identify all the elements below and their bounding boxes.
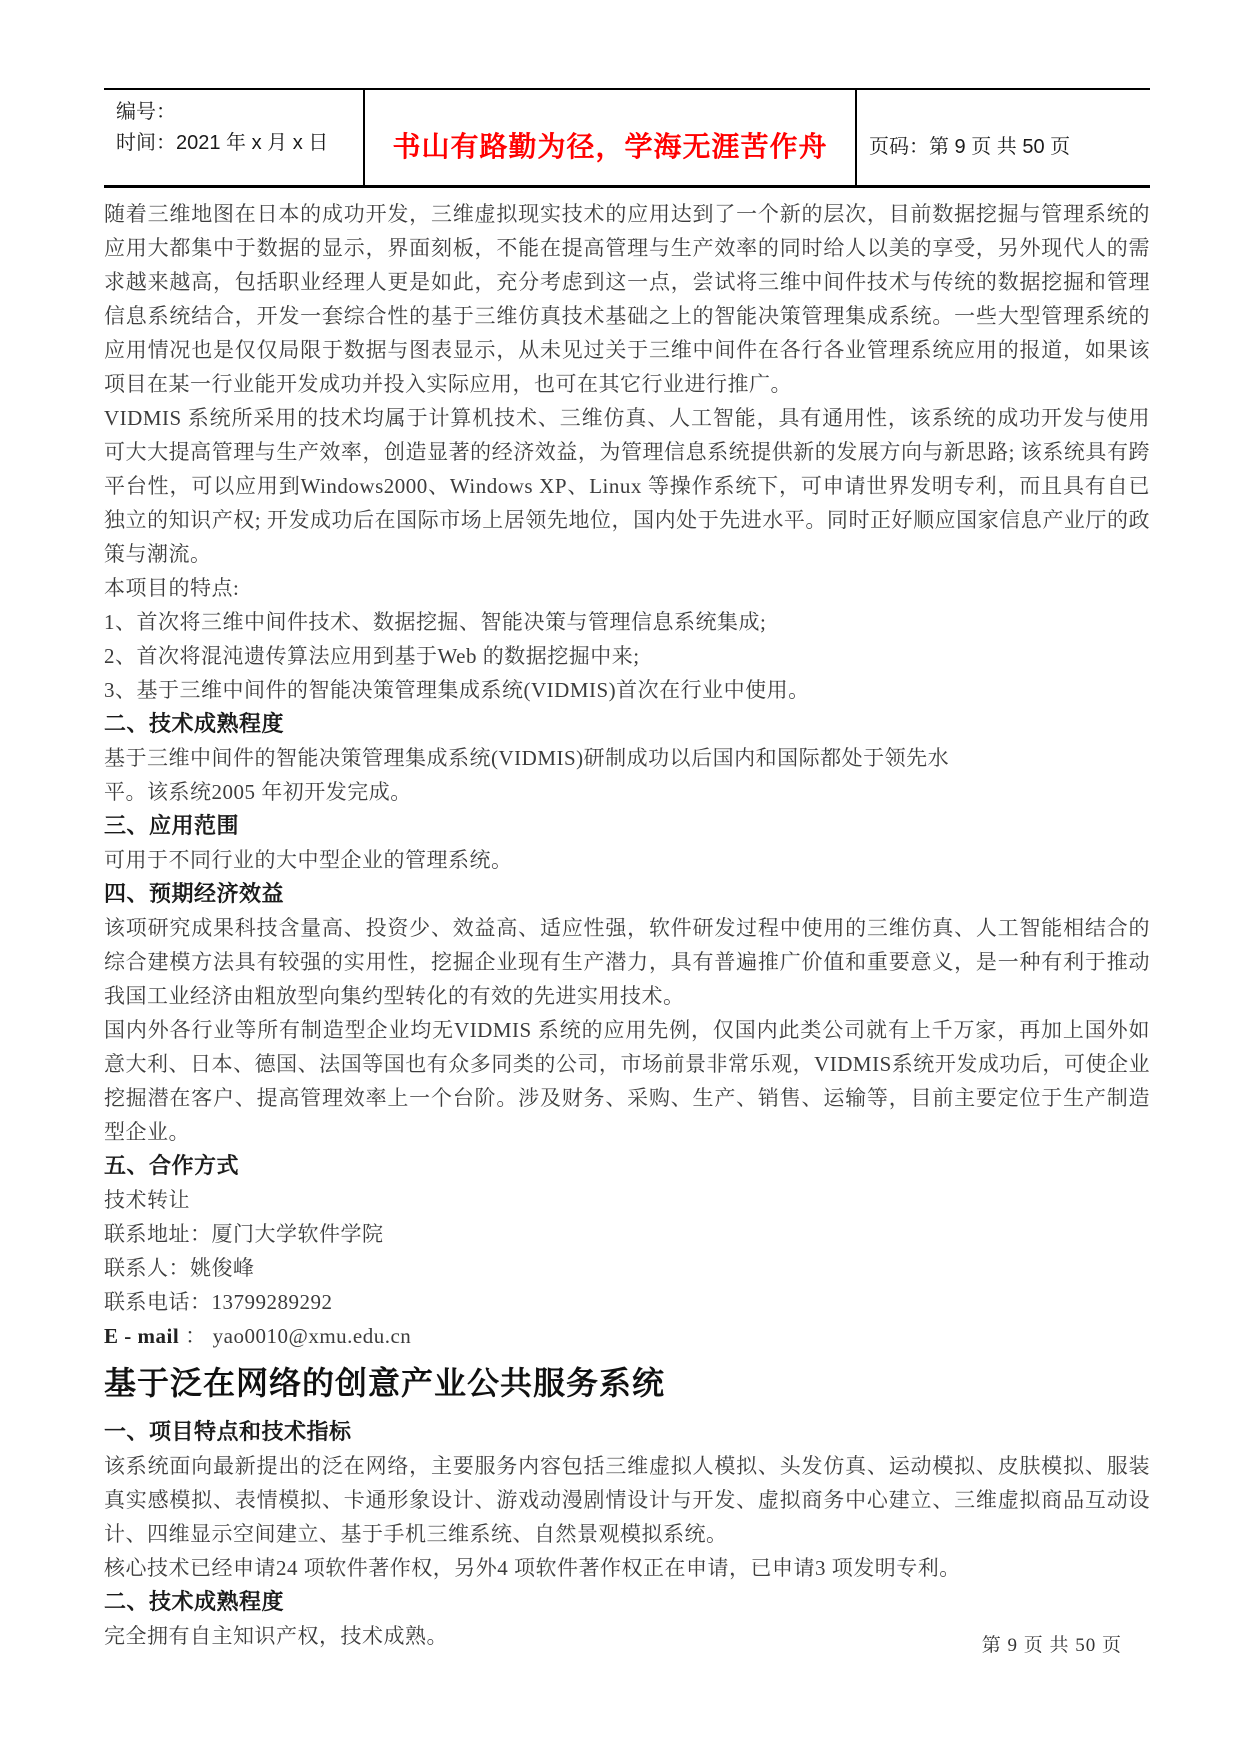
header-table: 编号： 时间：2021 年 x 月 x 日 书山有路勤为径，学海无涯苦作舟 页码…	[104, 88, 1150, 188]
section-heading: 四、预期经济效益	[104, 877, 1150, 911]
section-heading: 五、合作方式	[104, 1149, 1150, 1183]
paragraph: VIDMIS 系统所采用的技术均属于计算机技术、三维仿真、人工智能，具有通用性，…	[104, 401, 1150, 571]
section-heading: 二、技术成熟程度	[104, 1585, 1150, 1619]
paragraph: 该项研究成果科技含量高、投资少、效益高、适应性强，软件研发过程中使用的三维仿真、…	[104, 911, 1150, 1013]
paragraph: 该系统面向最新提出的泛在网络，主要服务内容包括三维虚拟人模拟、头发仿真、运动模拟…	[104, 1449, 1150, 1551]
header-time-label: 时间：2021 年 x 月 x 日	[116, 128, 363, 159]
section-heading: 一、项目特点和技术指标	[104, 1415, 1150, 1449]
paragraph: 联系人：姚俊峰	[104, 1251, 1150, 1285]
section-heading: 三、应用范围	[104, 809, 1150, 843]
paragraph: 随着三维地图在日本的成功开发，三维虚拟现实技术的应用达到了一个新的层次，目前数据…	[104, 197, 1150, 401]
page-content: 编号： 时间：2021 年 x 月 x 日 书山有路勤为径，学海无涯苦作舟 页码…	[104, 88, 1150, 1653]
paragraph: 可用于不同行业的大中型企业的管理系统。	[104, 843, 1150, 877]
header-motto: 书山有路勤为径，学海无涯苦作舟	[392, 125, 827, 165]
header-number-label: 编号：	[116, 97, 363, 128]
footer-page-info: 第 9 页 共 50 页	[982, 1635, 1122, 1656]
paragraph: 本项目的特点:	[104, 571, 1150, 605]
document-page: 编号： 时间：2021 年 x 月 x 日 书山有路勤为径，学海无涯苦作舟 页码…	[0, 0, 1241, 1754]
header-left-cell: 编号： 时间：2021 年 x 月 x 日	[104, 90, 365, 185]
paragraph: 联系电话：13799289292	[104, 1285, 1150, 1319]
paragraph: 平。该系统2005 年初开发完成。	[104, 775, 1150, 809]
paragraph: 2、首次将混沌遗传算法应用到基于Web 的数据挖掘中来;	[104, 639, 1150, 673]
email-separator: ：	[179, 1324, 213, 1348]
email-label: E - mail	[104, 1324, 179, 1348]
paragraph: 1、首次将三维中间件技术、数据挖掘、智能决策与管理信息系统集成;	[104, 605, 1150, 639]
paragraph: 国内外各行业等所有制造型企业均无VIDMIS 系统的应用先例，仅国内此类公司就有…	[104, 1013, 1150, 1149]
paragraph: 3、基于三维中间件的智能决策管理集成系统(VIDMIS)首次在行业中使用。	[104, 673, 1150, 707]
paragraph: 联系地址：厦门大学软件学院	[104, 1217, 1150, 1251]
paragraph: 核心技术已经申请24 项软件著作权，另外4 项软件著作权正在申请，已申请3 项发…	[104, 1551, 1150, 1585]
header-motto-cell: 书山有路勤为径，学海无涯苦作舟	[365, 90, 857, 185]
page-footer: 第 9 页 共 50 页	[104, 1630, 1150, 1657]
document-title: 基于泛在网络的创意产业公共服务系统	[104, 1361, 1150, 1405]
document-body: 随着三维地图在日本的成功开发，三维虚拟现实技术的应用达到了一个新的层次，目前数据…	[104, 197, 1150, 1653]
paragraph: 技术转让	[104, 1183, 1150, 1217]
email-line: E - mail：yao0010@xmu.edu.cn	[104, 1319, 1150, 1353]
header-page-label: 页码：第 9 页 共 50 页	[869, 130, 1070, 159]
section-heading: 二、技术成熟程度	[104, 707, 1150, 741]
email-value: yao0010@xmu.edu.cn	[213, 1324, 412, 1348]
header-page-cell: 页码：第 9 页 共 50 页	[857, 90, 1150, 185]
paragraph: 基于三维中间件的智能决策管理集成系统(VIDMIS)研制成功以后国内和国际都处于…	[104, 741, 1150, 775]
